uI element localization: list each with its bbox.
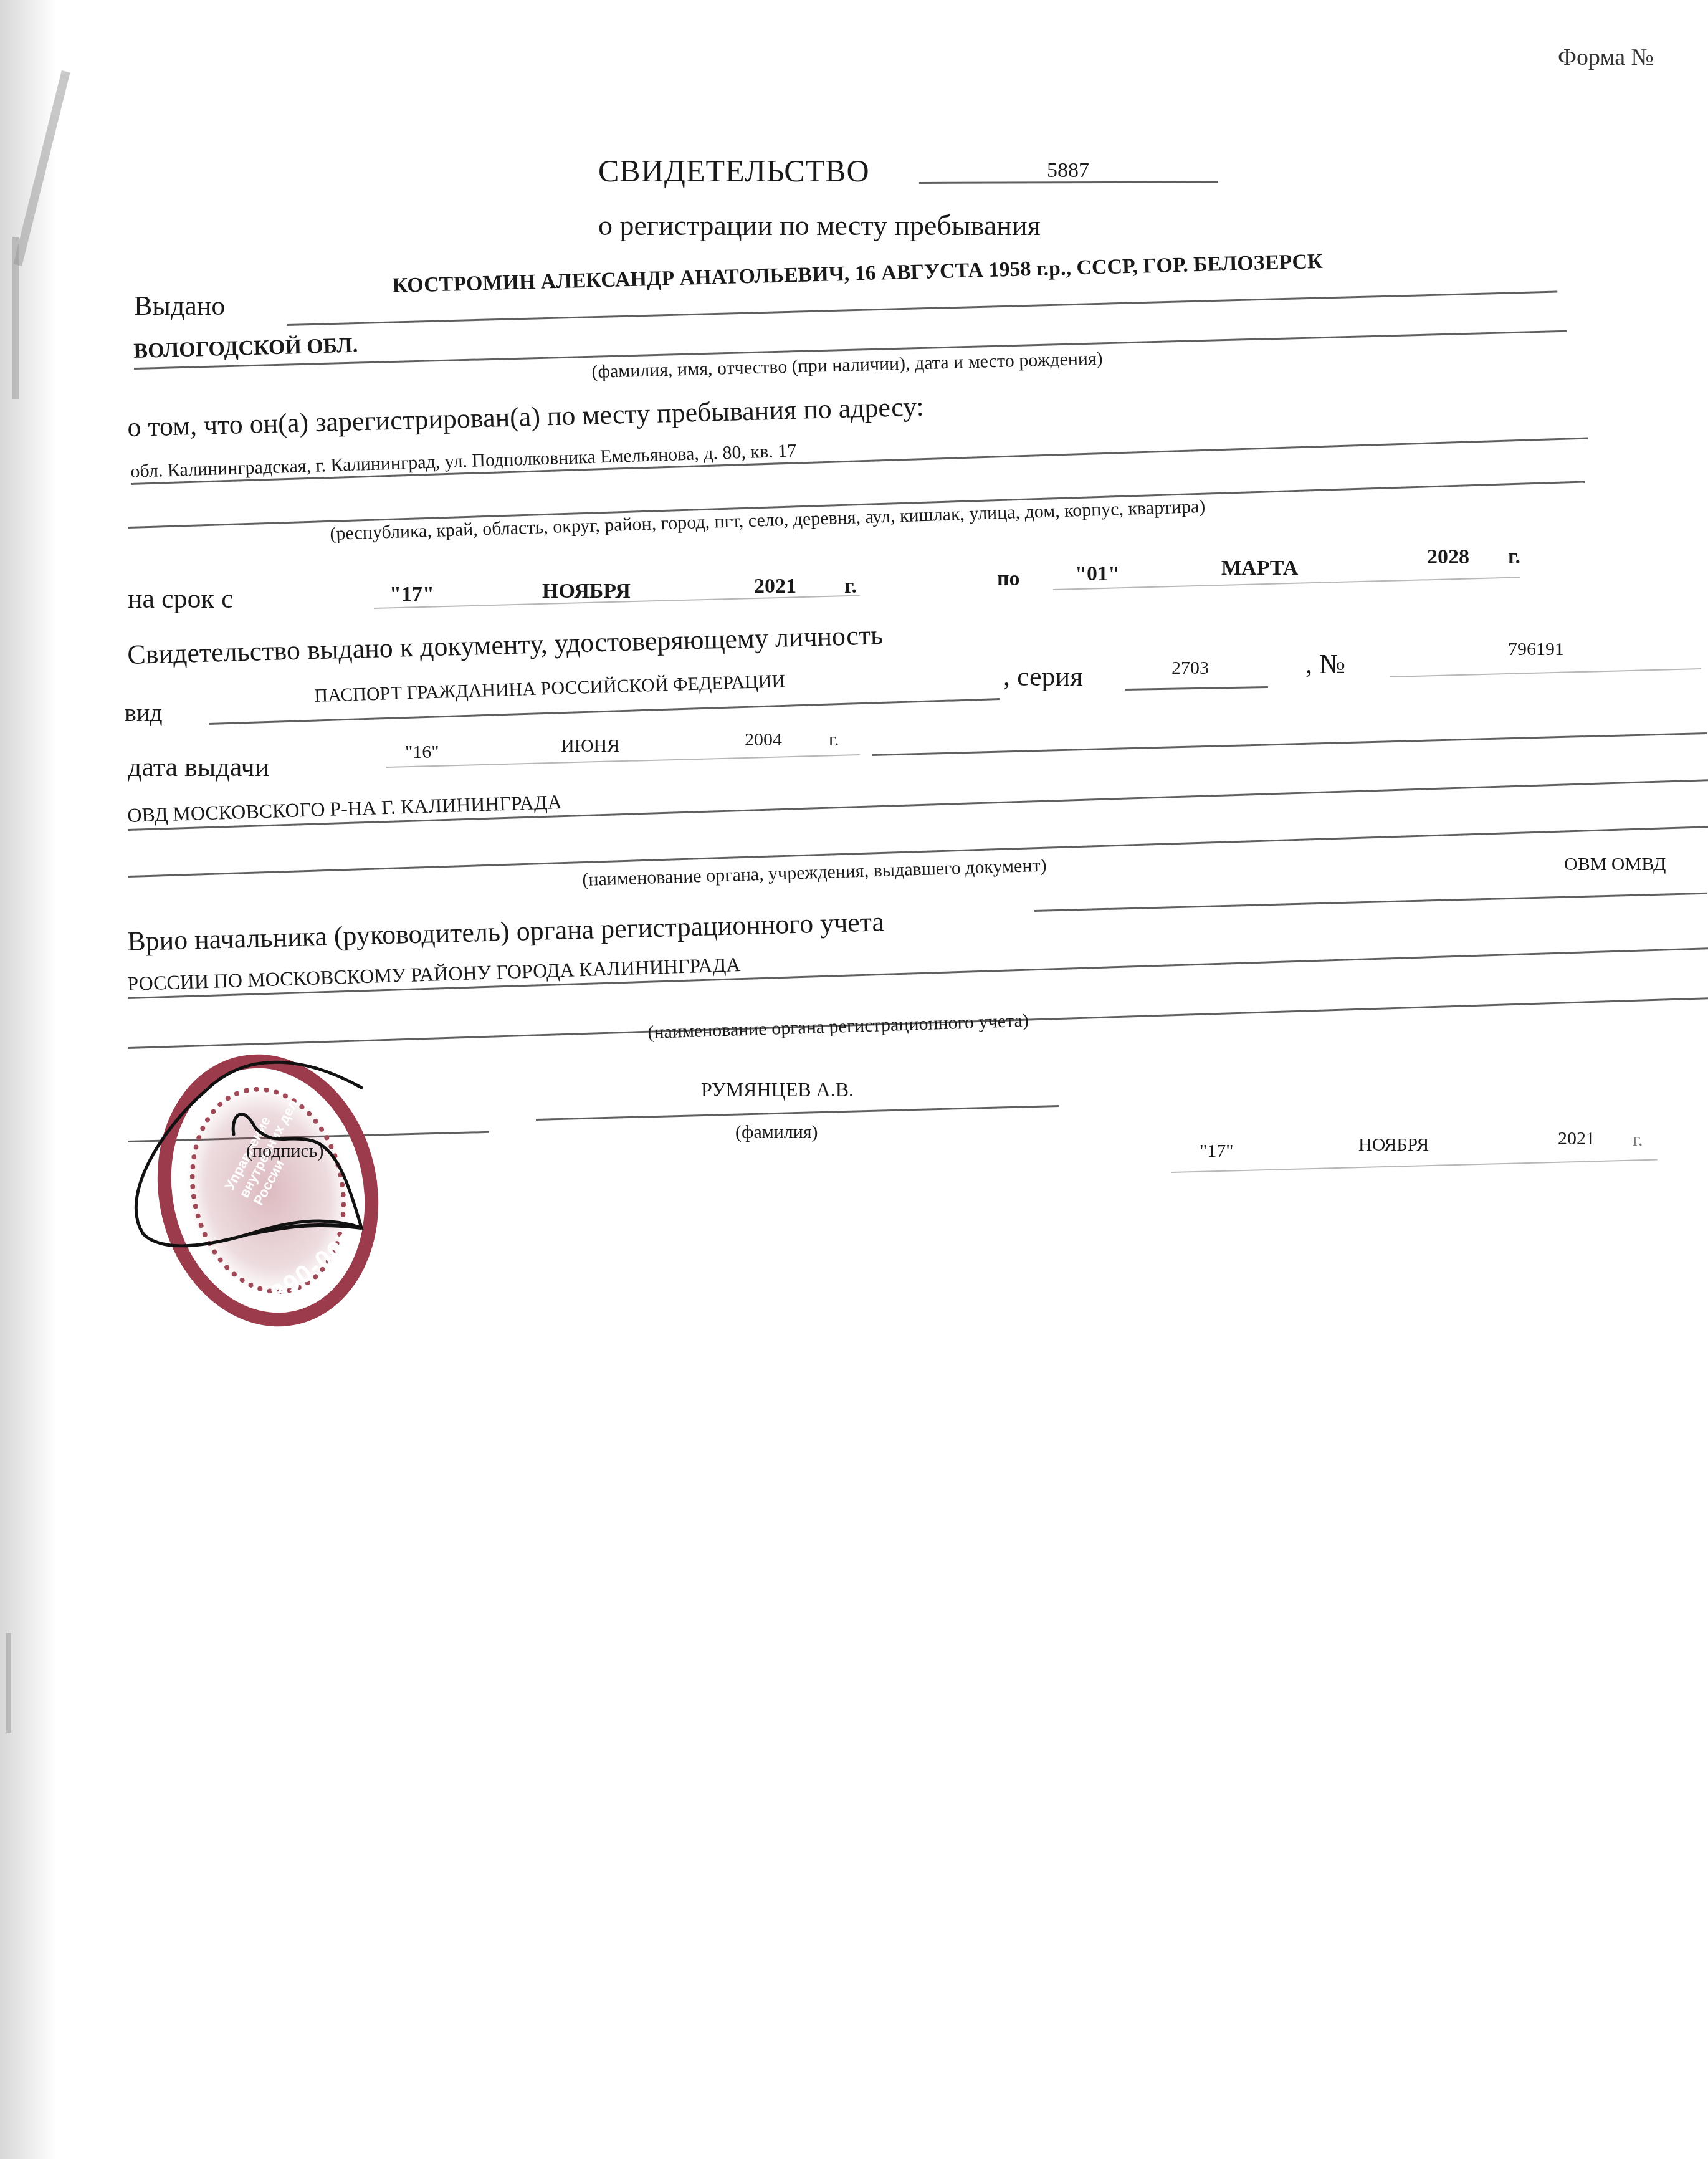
term-from-day: "17": [389, 583, 434, 606]
issue-date-day: "16": [405, 742, 439, 763]
issued-to-value-line2: ВОЛОГОДСКОЙ ОБЛ.: [133, 334, 358, 363]
issue-date-right-underline: [872, 732, 1707, 756]
identity-doc-number-value: 796191: [1508, 639, 1564, 660]
identity-doc-type-value: ПАСПОРТ ГРАЖДАНИНА РОССИЙСКОЙ ФЕДЕРАЦИИ: [314, 671, 786, 707]
handwritten-signature: [125, 1022, 561, 1259]
issue-date-label: дата выдачи: [128, 751, 269, 783]
issue-date-underline: [386, 754, 860, 768]
identity-doc-label: Свидетельство выдано к документу, удосто…: [127, 619, 884, 671]
identity-doc-series-underline: [1125, 686, 1268, 691]
identity-doc-number-underline: [1390, 668, 1701, 677]
identity-doc-series-value: 2703: [1171, 658, 1209, 679]
issued-to-label: Выдано: [134, 290, 225, 322]
issue-date-month: ИЮНЯ: [561, 735, 619, 757]
address-label: о том, что он(а) зарегистрирован(а) по м…: [127, 391, 925, 443]
issue-date-year: 2004: [745, 729, 782, 750]
identity-doc-type-label: вид: [125, 698, 163, 727]
certificate-number-underline: [919, 181, 1218, 184]
certificate-number: 5887: [1047, 159, 1089, 183]
term-to-label: по: [997, 567, 1020, 591]
signature-date-year-suffix: г.: [1633, 1129, 1643, 1151]
scan-edge-mark: [12, 237, 19, 399]
scan-edge-shadow: [0, 0, 56, 2159]
address-hint: (республика, край, область, округ, район…: [330, 496, 1206, 545]
signer-surname-value: РУМЯНЦЕВ А.В.: [701, 1078, 854, 1101]
term-from-month: НОЯБРЯ: [542, 580, 631, 603]
registration-authority-underline-1: [1034, 893, 1707, 912]
form-number-label: Форма №: [1558, 44, 1654, 71]
identity-doc-number-label: , №: [1305, 648, 1345, 680]
signer-surname-hint: (фамилия): [735, 1122, 818, 1143]
certificate-subtitle: о регистрации по месту пребывания: [598, 209, 1041, 242]
registration-authority-label: Врио начальника (руководитель) органа ре…: [127, 906, 885, 957]
issued-to-value-line1: КОСТРОМИН АЛЕКСАНДР АНАТОЛЬЕВИЧ, 16 АВГУ…: [392, 250, 1323, 298]
signer-surname-underline: [536, 1105, 1059, 1121]
certificate-title: СВИДЕТЕЛЬСТВО: [598, 153, 870, 189]
signature-date-day: "17": [1200, 1141, 1234, 1162]
document-page: Форма № СВИДЕТЕЛЬСТВО 5887 о регистрации…: [0, 0, 1708, 2159]
signature-date-year: 2021: [1558, 1128, 1595, 1149]
scan-edge-mark: [6, 1633, 11, 1733]
term-to-day: "01": [1075, 562, 1120, 586]
registration-authority-value-line1: ОВМ ОМВД: [1564, 854, 1666, 875]
signature-date-underline: [1171, 1159, 1658, 1173]
term-label: на срок с: [128, 583, 234, 615]
term-to-year-suffix: г.: [1508, 545, 1520, 569]
signature-date-month: НОЯБРЯ: [1358, 1134, 1429, 1156]
issue-date-year-suffix: г.: [829, 729, 839, 750]
registration-authority-hint: (наименование органа регистрационного уч…: [647, 1010, 1029, 1043]
term-to-month: МАРТА: [1221, 557, 1298, 580]
address-value: обл. Калининградская, г. Калининград, ул…: [130, 440, 797, 482]
identity-doc-series-label: , серия: [1003, 661, 1082, 692]
issued-to-underline-1: [287, 291, 1557, 326]
term-to-year: 2028: [1427, 545, 1469, 569]
term-from-year: 2021: [754, 575, 796, 598]
